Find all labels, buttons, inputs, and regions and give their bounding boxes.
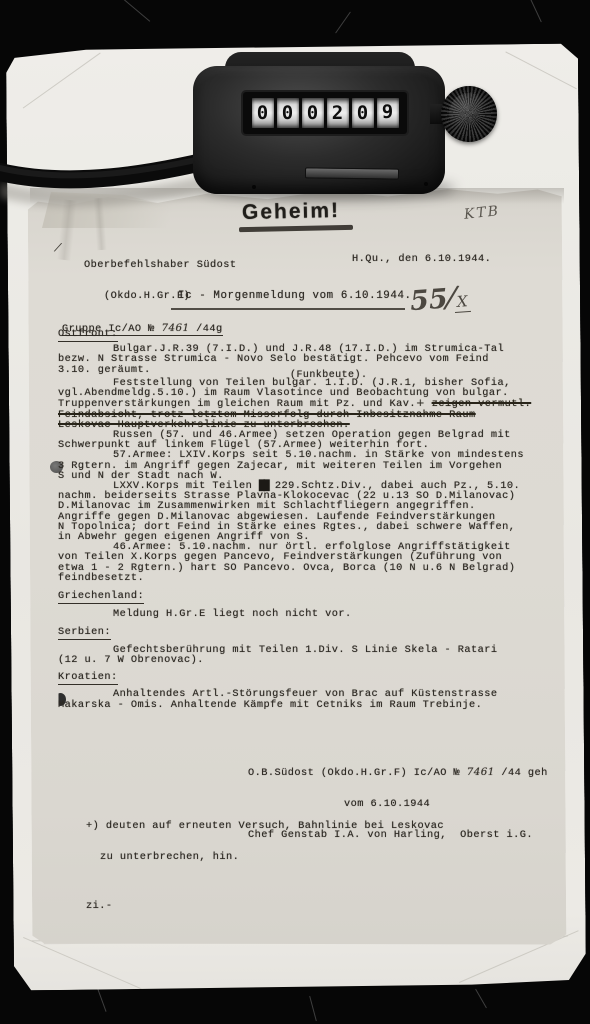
- footnote-line: +) deuten auf erneuten Versuch, Bahnlini…: [86, 821, 444, 831]
- page-number-slash: /: [444, 280, 457, 316]
- footnote-line: zu unterbrechen, hin.: [86, 852, 444, 862]
- document-line: (12 u. 7 W Obrenovac).: [58, 655, 550, 665]
- handwritten-page-number: 55/X: [409, 279, 472, 318]
- film-scratch: [335, 12, 351, 34]
- document-line: Griechenland:: [58, 591, 550, 601]
- signature-ref-pre: O.B.Südost (Okdo.H.Gr.F) Ic/AO №: [248, 767, 467, 779]
- typed-text: (12 u. 7 W Obrenovac).: [58, 654, 204, 666]
- counter-digits: 000209: [243, 92, 407, 134]
- counter-digit: 0: [302, 98, 324, 128]
- typed-text: Griechenland:: [58, 590, 144, 604]
- counter-digit: 0: [277, 98, 299, 128]
- title-underline: [171, 308, 405, 310]
- signature-ref-post: /44 geh: [495, 767, 548, 779]
- typed-text: feindbesetzt.: [58, 572, 144, 584]
- typed-text: Ostfront:: [58, 328, 118, 342]
- document-body: Ostfront:Bulgar.J.R.39 (7.I.D.) und J.R.…: [58, 329, 550, 710]
- counter-knob-highlight: [449, 93, 489, 133]
- screw-icon: [424, 182, 428, 186]
- typed-text: Serbien:: [58, 626, 111, 640]
- film-scratch: [97, 989, 106, 1012]
- film-scratch: [124, 0, 151, 22]
- crease-line: [23, 53, 101, 109]
- place-date-line: H.Qu., den 6.10.1944.: [352, 254, 491, 264]
- document-line: Kroatien:: [58, 672, 550, 682]
- document-line: Meldung H.Gr.E liegt noch nicht vor.: [58, 609, 550, 619]
- film-scratch: [475, 989, 487, 1009]
- footnote-block: +) deuten auf erneuten Versuch, Bahnlini…: [86, 801, 444, 872]
- document-line: feindbesetzt.: [58, 573, 550, 583]
- typed-text: Meldung H.Gr.E liegt noch nicht vor.: [113, 608, 352, 620]
- film-scratch: [528, 0, 542, 22]
- counter-digit: 0: [252, 98, 274, 128]
- handwritten-mark: +: [416, 397, 425, 409]
- counter-digit: 0: [352, 98, 374, 128]
- document-line: Ostfront:: [58, 329, 550, 339]
- film-scratch: [309, 996, 317, 1021]
- handwritten-number: 7461: [467, 766, 495, 778]
- page-number-main: 55: [409, 284, 449, 318]
- report-title: Ic - Morgenmeldung vom 6.10.1944.: [178, 291, 412, 301]
- document-line: Makarska - Omis. Anhaltende Kämpfe mit C…: [58, 700, 550, 710]
- typed-text: Kroatien:: [58, 671, 118, 685]
- typed-text: Makarska - Omis. Anhaltende Kämpfe mit C…: [58, 699, 482, 711]
- typed-text: 3.10. geräumt.: [58, 364, 151, 376]
- counter-slot: [305, 167, 399, 179]
- document-line: vgl.Abendmeldg.5.10.) im Raum Vlasotince…: [58, 388, 550, 398]
- screw-icon: [252, 185, 256, 189]
- crease-line: [505, 51, 576, 89]
- signature-line: O.B.Südost (Okdo.H.Gr.F) Ic/AO № 7461 /4…: [248, 767, 548, 778]
- counter-digit: 9: [377, 98, 399, 128]
- counter-digit: 2: [327, 98, 349, 128]
- crease-line: [23, 937, 143, 990]
- typist-initials: zi.-: [86, 901, 113, 911]
- document-line: Serbien:: [58, 627, 550, 637]
- letterhead-org-line: Oberbefehlshaber Südost: [62, 260, 236, 270]
